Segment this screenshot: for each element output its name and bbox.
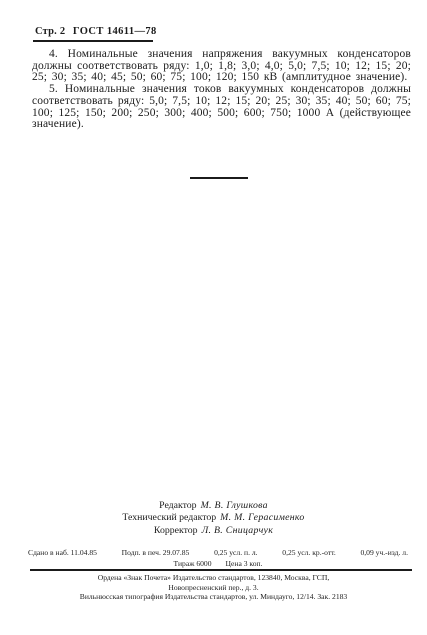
credit-name: М. М. Герасименко: [220, 512, 304, 523]
paragraph-clause-4: 4. Номинальные значения напряжения вакуу…: [32, 49, 411, 84]
imprint-print-date: Подп. в печ. 29.07.85: [122, 548, 190, 557]
imprint-block: Сдано в наб. 11.04.85 Подп. в печ. 29.07…: [28, 548, 408, 568]
credit-name: М. В. Глушкова: [201, 500, 268, 511]
publisher-address-line-2: Новопресненский пер., д. 3.: [0, 583, 427, 593]
document-page: Стр. 2 ГОСТ 14611—78 4. Номинальные знач…: [0, 0, 427, 635]
credit-role: Технический редактор: [122, 512, 216, 523]
imprint-circulation: Тираж 6000: [174, 559, 212, 568]
end-of-text-divider: [190, 177, 248, 179]
imprint-typeset-date: Сдано в наб. 11.04.85: [28, 548, 97, 557]
publisher-address-line-1: Ордена «Знак Почета» Издательство станда…: [0, 573, 427, 583]
imprint-circulation-line: Тираж 6000 Цена 3 коп.: [28, 559, 408, 568]
imprint-price: Цена 3 коп.: [226, 559, 263, 568]
imprint-sheets-conditional: 0,25 усл. п. л.: [214, 548, 258, 557]
imprint-sheets-publishing: 0,09 уч.-изд. л.: [360, 548, 408, 557]
credit-role: Корректор: [154, 525, 198, 536]
header-underline: [33, 40, 153, 42]
imprint-print-data-line: Сдано в наб. 11.04.85 Подп. в печ. 29.07…: [28, 548, 408, 557]
credits-block: РедакторМ. В. Глушкова Технический редак…: [0, 500, 427, 537]
standard-number: ГОСТ 14611—78: [73, 26, 157, 37]
page-number-label: Стр. 2: [35, 26, 65, 37]
credit-line-technical-editor: Технический редакторМ. М. Герасименко: [0, 512, 427, 524]
paragraph-clause-5: 5. Номинальные значения токов вакуумных …: [32, 84, 411, 131]
publisher-block: Ордена «Знак Почета» Издательство станда…: [0, 573, 427, 602]
imprint-divider-rule: [30, 569, 412, 571]
credit-line-proofreader: КорректорЛ. В. Сницарчук: [0, 525, 427, 537]
credit-name: Л. В. Сницарчук: [202, 525, 274, 536]
running-head: Стр. 2 ГОСТ 14611—78: [35, 26, 157, 37]
credit-role: Редактор: [159, 500, 196, 511]
imprint-sheets-ink: 0,25 усл. кр.-отт.: [282, 548, 336, 557]
printer-line: Вильнюсская типография Издательства стан…: [0, 592, 427, 602]
credit-line-editor: РедакторМ. В. Глушкова: [0, 500, 427, 512]
document-body: 4. Номинальные значения напряжения вакуу…: [32, 49, 411, 131]
